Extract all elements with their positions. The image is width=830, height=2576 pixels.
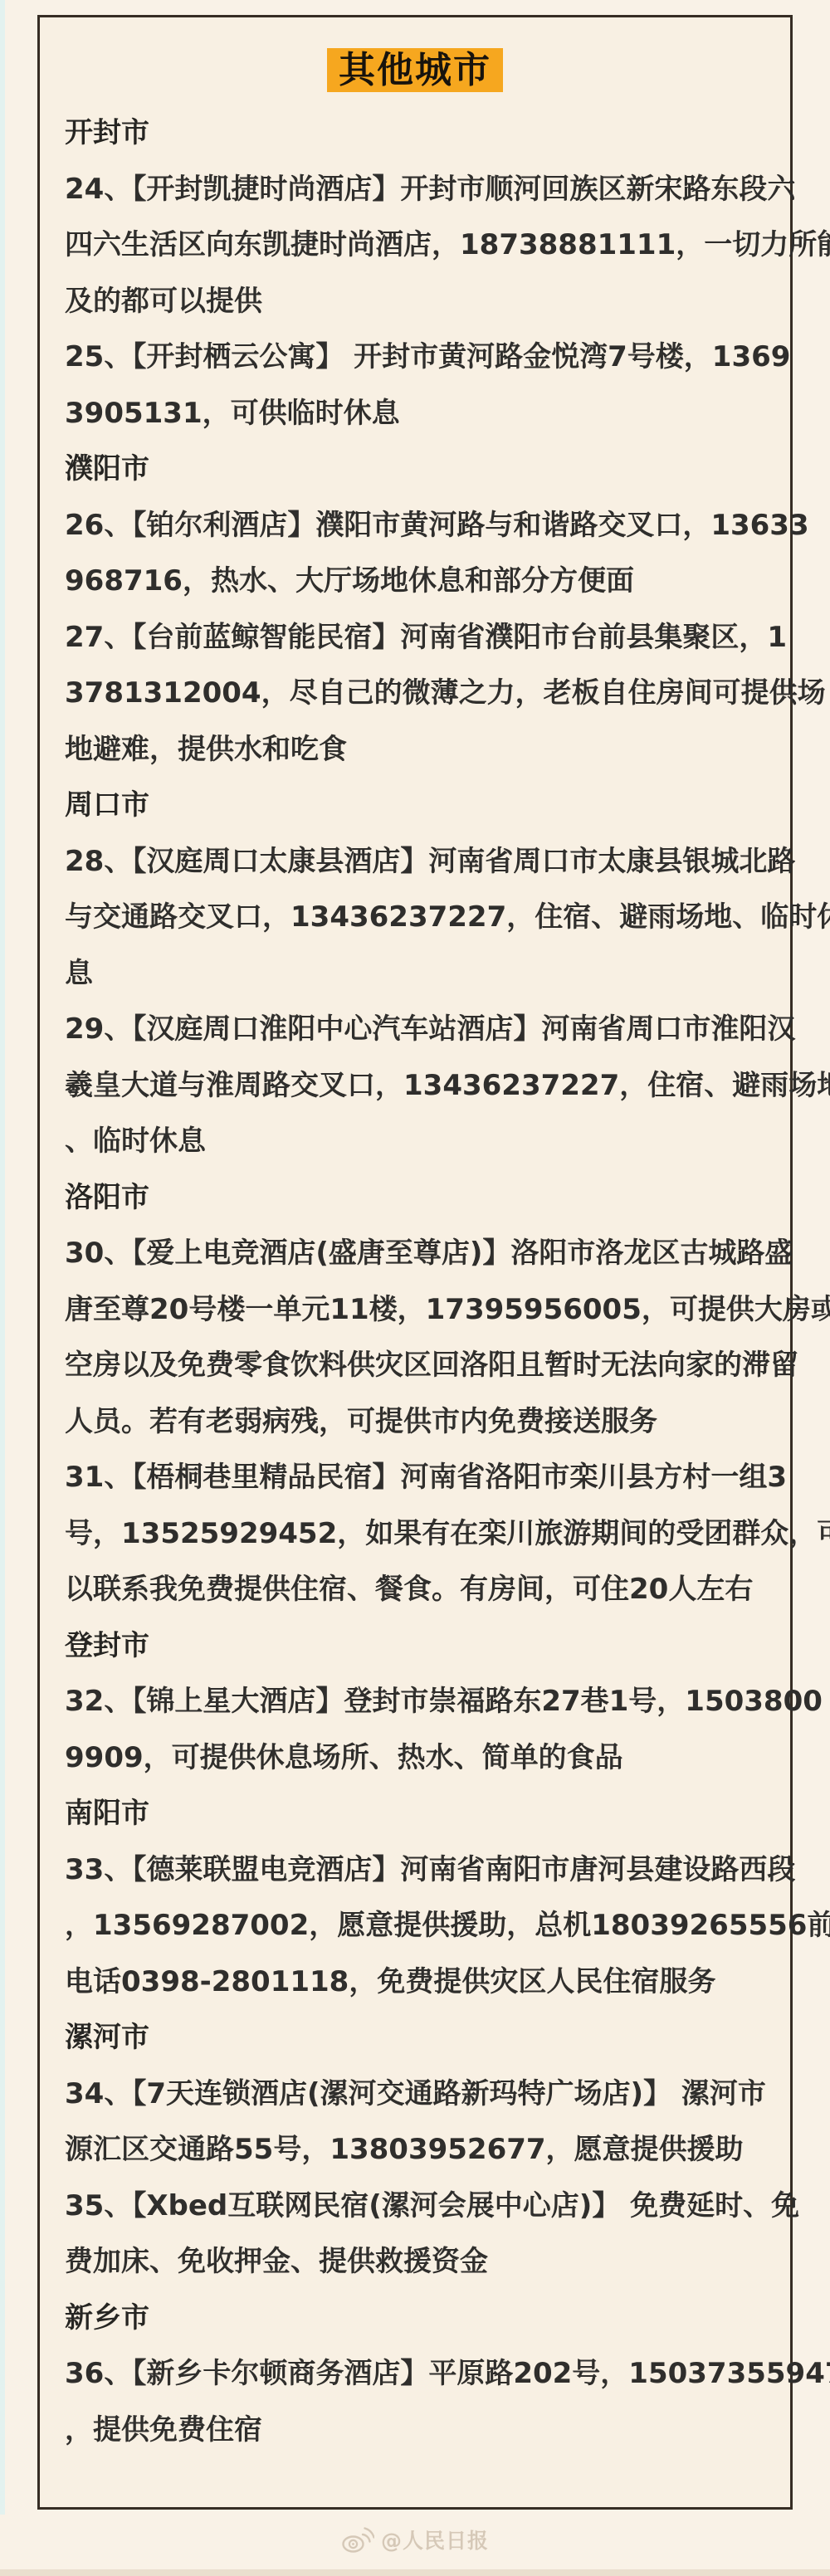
entry-line: 31、【梧桐巷里精品民宿】河南省洛阳市栾川县方村一组3 bbox=[65, 1450, 775, 1506]
city-header: 登封市 bbox=[65, 1618, 775, 1675]
hotel-entry: 28、【汉庭周口太康县酒店】河南省周口市太康县银城北路与交通路交叉口，13436… bbox=[65, 834, 775, 1003]
entry-line: 电话0398-2801118，免费提供灾区人民住宿服务 bbox=[65, 1954, 775, 2011]
city-header: 濮阳市 bbox=[65, 442, 775, 498]
watermark: @人民日报 bbox=[0, 2525, 830, 2554]
hotel-entry: 27、【台前蓝鲸智能民宿】河南省濮阳市台前县集聚区，13781312004，尽自… bbox=[65, 610, 775, 778]
hotel-entry: 33、【德莱联盟电竞酒店】河南省南阳市唐河县建设路西段，13569287002，… bbox=[65, 1842, 775, 2011]
entry-line: 29、【汉庭周口淮阳中心汽车站酒店】河南省周口市淮阳汉 bbox=[65, 1002, 775, 1058]
hotel-entry: 24、【开封凯捷时尚酒店】开封市顺河回族区新宋路东段六四六生活区向东凯捷时尚酒店… bbox=[65, 162, 775, 330]
content-frame: 其他城市 开封市24、【开封凯捷时尚酒店】开封市顺河回族区新宋路东段六四六生活区… bbox=[37, 15, 793, 2510]
entry-line: 与交通路交叉口，13436237227，住宿、避雨场地、临时休 bbox=[65, 890, 775, 946]
entry-line: 3781312004，尽自己的微薄之力，老板自住房间可提供场 bbox=[65, 666, 775, 722]
entry-line: 34、【7天连锁酒店(漯河交通路新玛特广场店)】 漯河市 bbox=[65, 2066, 775, 2123]
entry-line: 人员。若有老弱病残，可提供市内免费接送服务 bbox=[65, 1394, 775, 1451]
watermark-text: @人民日报 bbox=[381, 2529, 489, 2553]
entry-line: 36、【新乡卡尔顿商务酒店】平原路202号，15037355947 bbox=[65, 2346, 775, 2403]
entry-line: 地避难，提供水和吃食 bbox=[65, 722, 775, 778]
page: 其他城市 开封市24、【开封凯捷时尚酒店】开封市顺河回族区新宋路东段六四六生活区… bbox=[0, 0, 830, 2576]
entry-line: 24、【开封凯捷时尚酒店】开封市顺河回族区新宋路东段六 bbox=[65, 162, 775, 218]
bottom-strip bbox=[0, 2569, 830, 2576]
city-header: 南阳市 bbox=[65, 1786, 775, 1842]
entry-line: 968716，热水、大厅场地休息和部分方便面 bbox=[65, 554, 775, 610]
city-header: 开封市 bbox=[65, 105, 775, 162]
entry-line: 25、【开封栖云公寓】 开封市黄河路金悦湾7号楼，1369 bbox=[65, 329, 775, 386]
left-edge-strip bbox=[0, 0, 5, 2515]
hotel-entry: 30、【爱上电竞酒店(盛唐至尊店)】洛阳市洛龙区古城路盛唐至尊20号楼一单元11… bbox=[65, 1226, 775, 1450]
weibo-icon bbox=[341, 2525, 374, 2554]
entry-line: 息 bbox=[65, 946, 775, 1003]
entry-line: 四六生活区向东凯捷时尚酒店，18738881111，一切力所能 bbox=[65, 217, 775, 274]
entry-line: 26、【铂尔利酒店】濮阳市黄河路与和谐路交叉口，13633 bbox=[65, 498, 775, 554]
hotel-entry: 29、【汉庭周口淮阳中心汽车站酒店】河南省周口市淮阳汉羲皇大道与淮周路交叉口，1… bbox=[65, 1002, 775, 1170]
entry-line: 3905131，可供临时休息 bbox=[65, 386, 775, 442]
entry-line: ，提供免费住宿 bbox=[65, 2403, 775, 2459]
entry-line: 30、【爱上电竞酒店(盛唐至尊店)】洛阳市洛龙区古城路盛 bbox=[65, 1226, 775, 1282]
entry-line: 及的都可以提供 bbox=[65, 274, 775, 330]
title-row: 其他城市 bbox=[40, 48, 790, 92]
entry-line: 27、【台前蓝鲸智能民宿】河南省濮阳市台前县集聚区，1 bbox=[65, 610, 775, 666]
city-header: 洛阳市 bbox=[65, 1170, 775, 1227]
entry-line: 羲皇大道与淮周路交叉口，13436237227，住宿、避雨场地 bbox=[65, 1058, 775, 1115]
entry-line: 、临时休息 bbox=[65, 1114, 775, 1170]
hotel-entry: 34、【7天连锁酒店(漯河交通路新玛特广场店)】 漯河市源汇区交通路55号，13… bbox=[65, 2066, 775, 2178]
entry-line: 源汇区交通路55号，13803952677，愿意提供援助 bbox=[65, 2122, 775, 2178]
hotel-entry: 32、【锦上星大酒店】登封市崇福路东27巷1号，15038009909，可提供休… bbox=[65, 1674, 775, 1786]
city-header: 漯河市 bbox=[65, 2010, 775, 2066]
entry-line: 35、【Xbed互联网民宿(漯河会展中心店)】 免费延时、免 bbox=[65, 2178, 775, 2235]
entry-line: 9909，可提供休息场所、热水、简单的食品 bbox=[65, 1730, 775, 1787]
entry-line: 唐至尊20号楼一单元11楼，17395956005，可提供大房或 bbox=[65, 1282, 775, 1339]
hotel-entry: 25、【开封栖云公寓】 开封市黄河路金悦湾7号楼，13693905131，可供临… bbox=[65, 329, 775, 442]
hotel-list: 开封市24、【开封凯捷时尚酒店】开封市顺河回族区新宋路东段六四六生活区向东凯捷时… bbox=[40, 105, 790, 2458]
entry-line: 32、【锦上星大酒店】登封市崇福路东27巷1号，1503800 bbox=[65, 1674, 775, 1730]
entry-line: 以联系我免费提供住宿、餐食。有房间，可住20人左右 bbox=[65, 1562, 775, 1618]
hotel-entry: 35、【Xbed互联网民宿(漯河会展中心店)】 免费延时、免费加床、免收押金、提… bbox=[65, 2178, 775, 2291]
entry-line: 28、【汉庭周口太康县酒店】河南省周口市太康县银城北路 bbox=[65, 834, 775, 890]
city-header: 新乡市 bbox=[65, 2291, 775, 2347]
entry-line: 33、【德莱联盟电竞酒店】河南省南阳市唐河县建设路西段 bbox=[65, 1842, 775, 1899]
entry-line: 号，13525929452，如果有在栾川旅游期间的受团群众，可 bbox=[65, 1506, 775, 1563]
entry-line: 费加床、免收押金、提供救援资金 bbox=[65, 2234, 775, 2291]
hotel-entry: 36、【新乡卡尔顿商务酒店】平原路202号，15037355947，提供免费住宿 bbox=[65, 2346, 775, 2458]
hotel-entry: 31、【梧桐巷里精品民宿】河南省洛阳市栾川县方村一组3号，13525929452… bbox=[65, 1450, 775, 1618]
entry-line: ，13569287002，愿意提供援助，总机18039265556前台 bbox=[65, 1898, 775, 1954]
hotel-entry: 26、【铂尔利酒店】濮阳市黄河路与和谐路交叉口，13633968716，热水、大… bbox=[65, 498, 775, 610]
page-title: 其他城市 bbox=[327, 48, 503, 92]
entry-line: 空房以及免费零食饮料供灾区回洛阳且暂时无法向家的滞留 bbox=[65, 1338, 775, 1394]
city-header: 周口市 bbox=[65, 778, 775, 834]
